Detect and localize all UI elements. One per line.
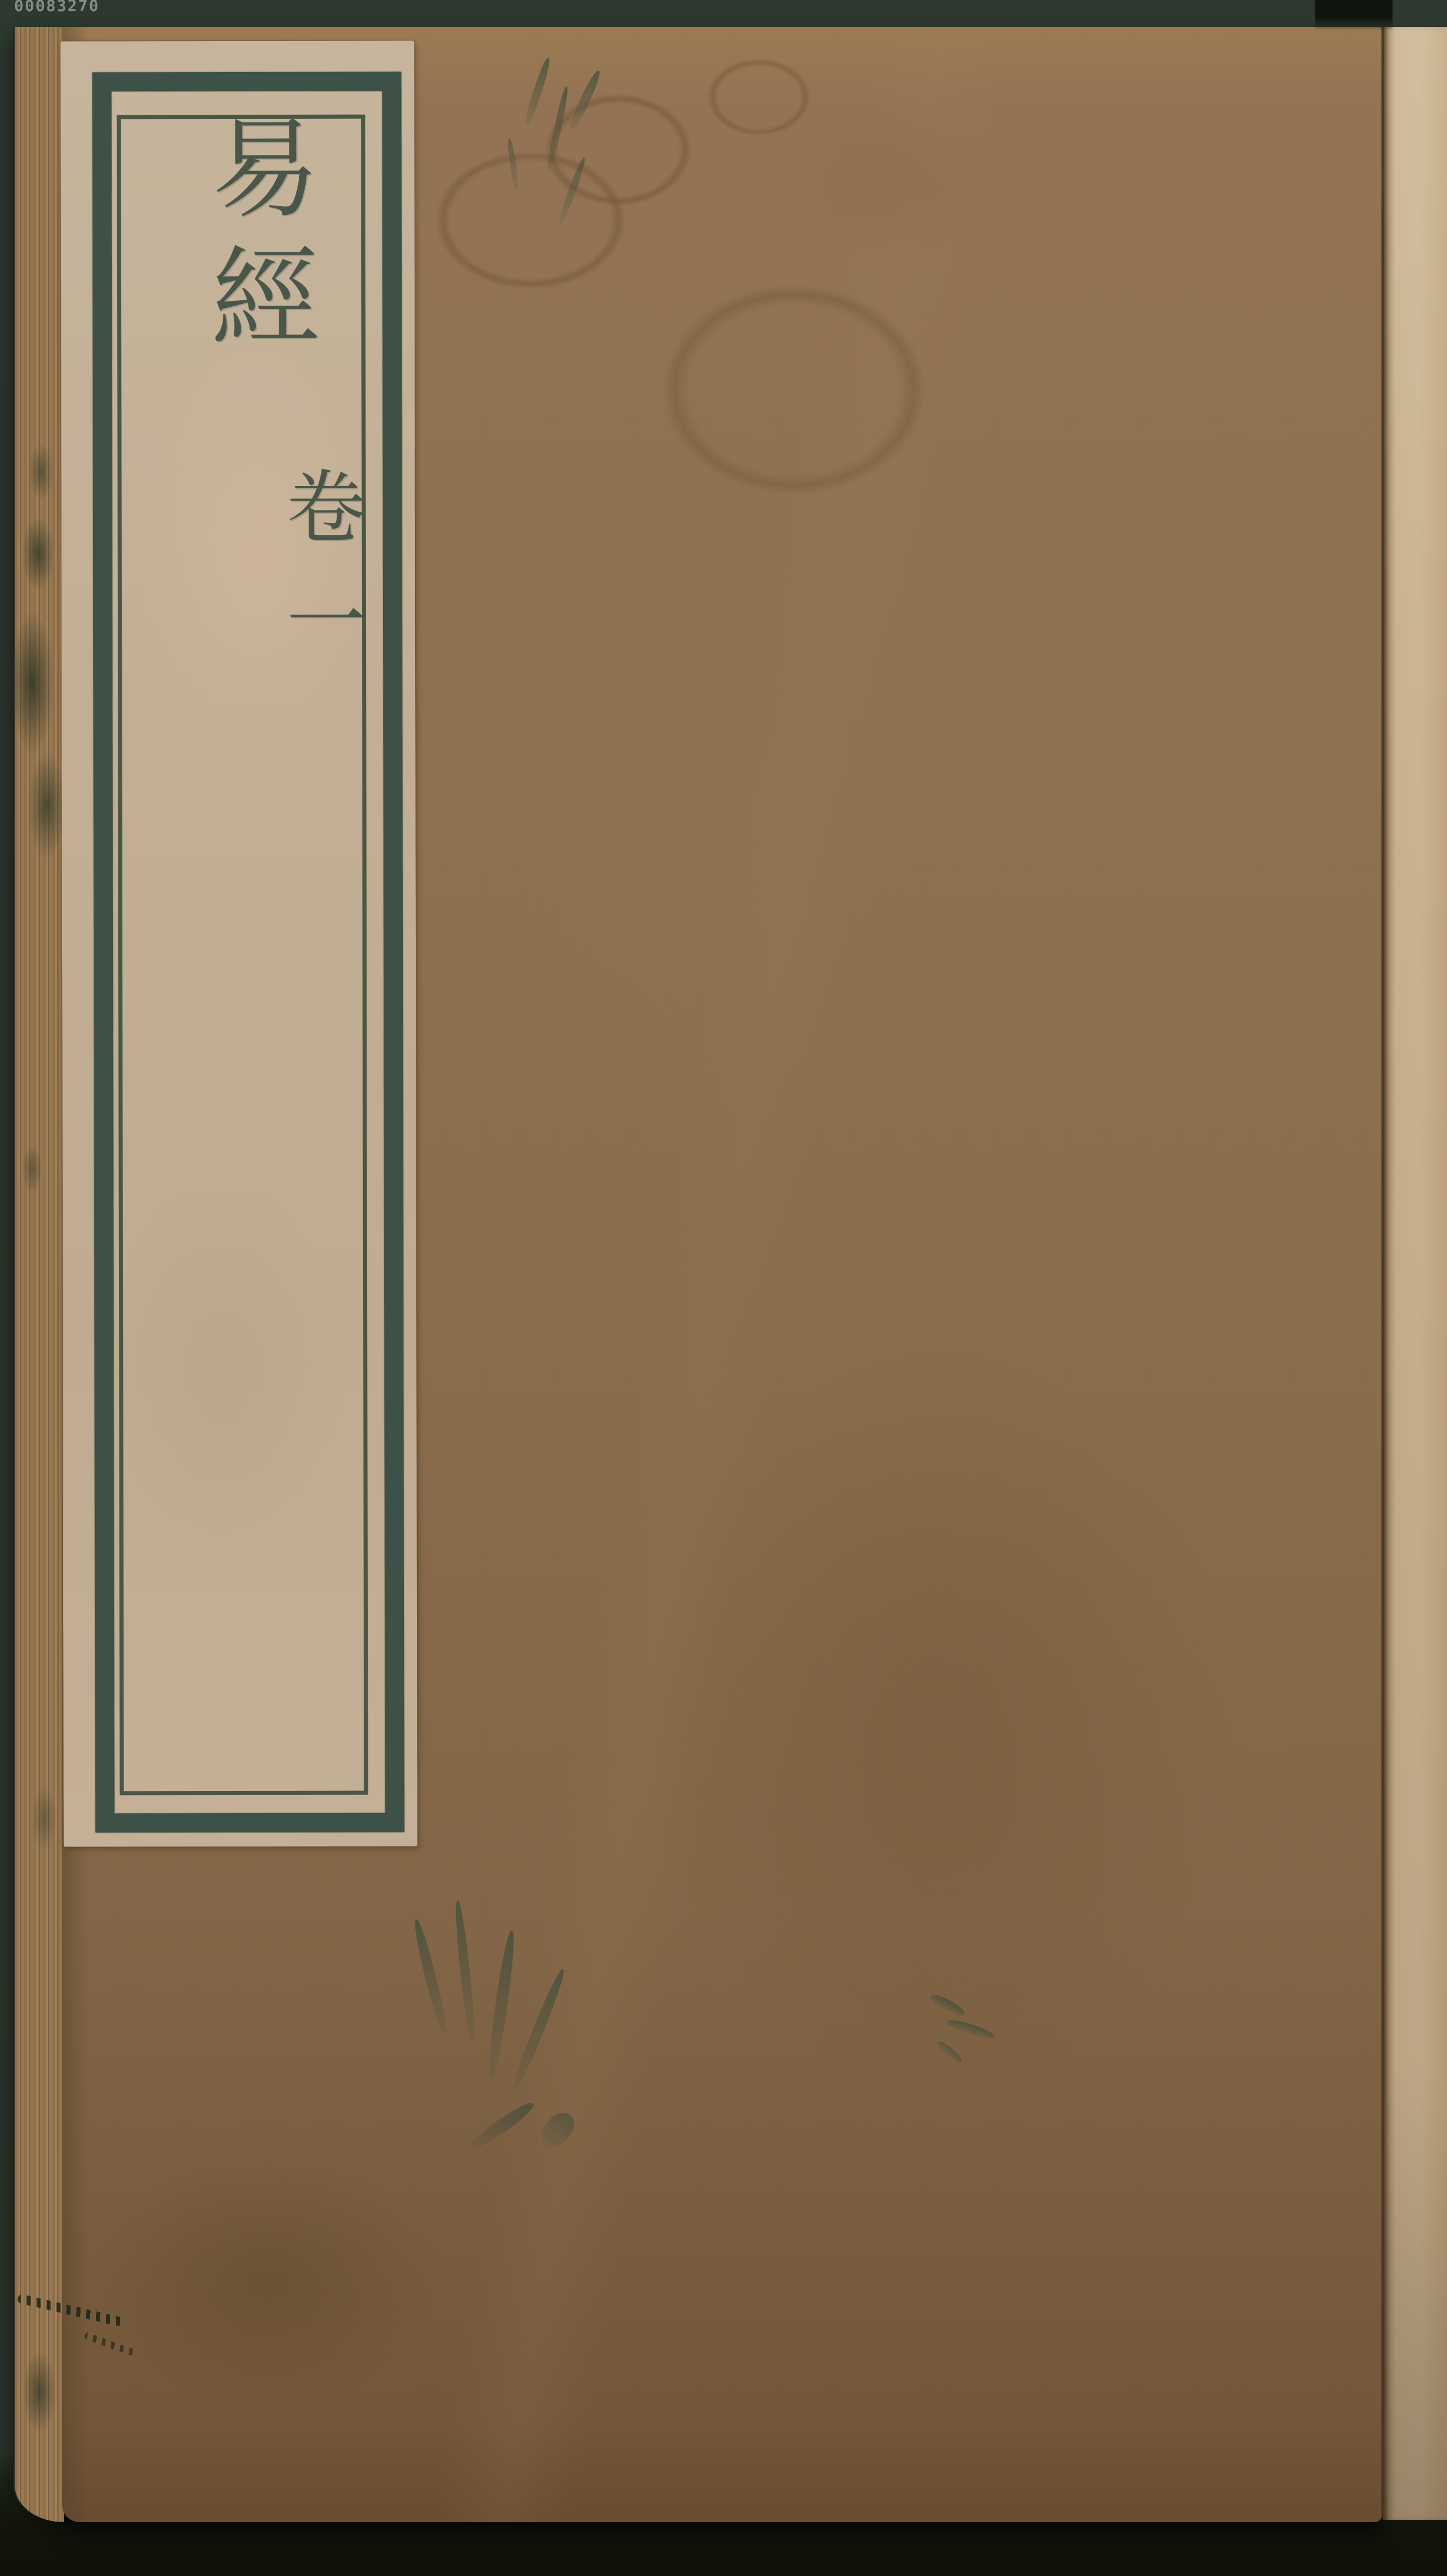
book-fore-edge-pages <box>13 27 64 2522</box>
ink-streak <box>467 2099 536 2153</box>
ink-streak <box>545 85 570 173</box>
ink-streak <box>936 2039 964 2065</box>
ink-streak <box>567 69 603 131</box>
ink-smudge-stain-bottom-right <box>917 1982 1017 2082</box>
ink-streak <box>946 2017 996 2041</box>
book-title-text: 易經 <box>179 111 336 369</box>
ink-streak <box>557 157 587 225</box>
volume-number-text: 卷一 <box>261 465 377 693</box>
ink-streak <box>523 57 552 126</box>
title-label: 易經 卷一 <box>60 40 417 1847</box>
book: 易經 卷一 <box>13 27 1383 2522</box>
ink-smudge-stain-bottom-left <box>408 1895 607 2181</box>
ink-streak-stain-top <box>498 50 639 249</box>
ink-streak <box>507 138 519 191</box>
flyleaf-page <box>1383 27 1447 2520</box>
top-edge-shadow <box>1315 0 1393 30</box>
ink-blot <box>536 2107 580 2152</box>
ink-streak <box>411 1919 450 2034</box>
ink-streak <box>485 1930 518 2082</box>
ink-streak <box>453 1900 477 2041</box>
ink-streak <box>509 1968 567 2091</box>
scan-id-number: 00083270 <box>14 0 100 15</box>
scan-surface: 00083270 <box>0 0 1447 2576</box>
ink-streak <box>929 1992 967 2019</box>
